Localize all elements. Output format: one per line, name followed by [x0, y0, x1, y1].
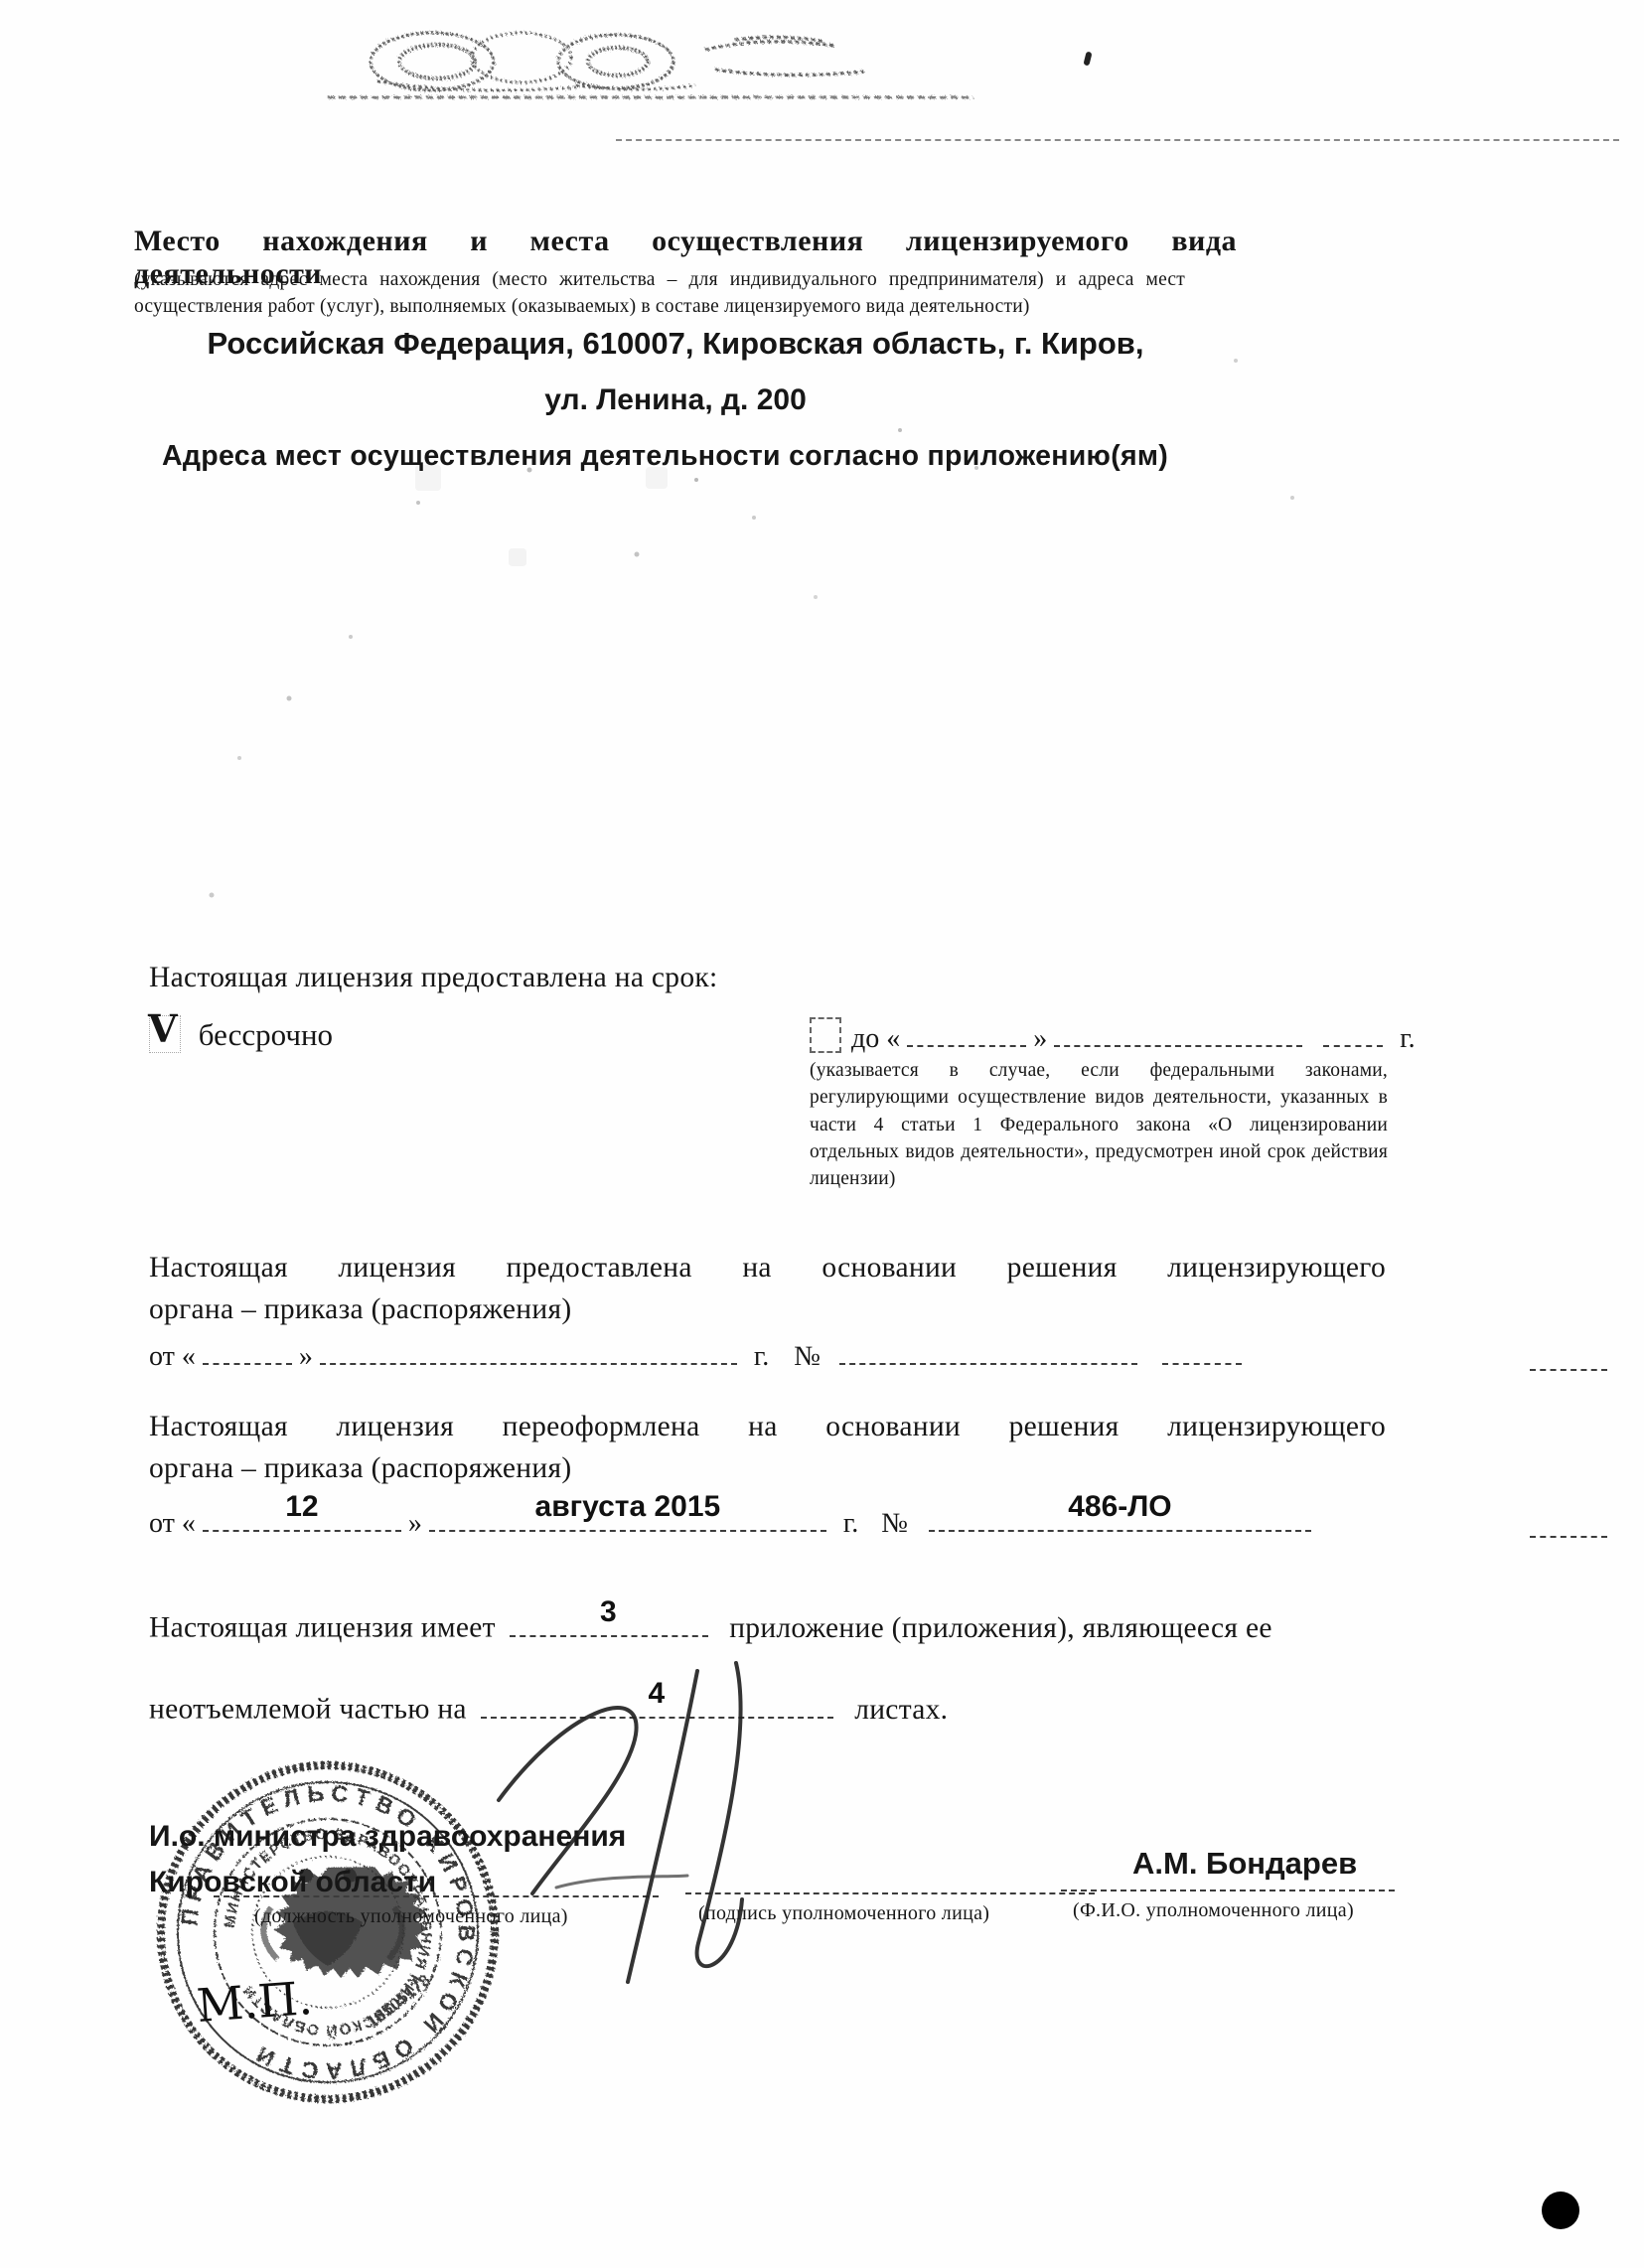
attachments-count: 3	[510, 1605, 708, 1637]
reissued-number-label: №	[881, 1508, 908, 1539]
granted-date-row: от « » г. №	[149, 1335, 1242, 1373]
until-year-suffix: г.	[1400, 1023, 1415, 1054]
name-caption: (Ф.И.О. уполномоченного лица)	[1073, 1899, 1354, 1922]
granted-from-label: от «	[149, 1341, 196, 1372]
granted-day-blank	[203, 1335, 292, 1365]
reissued-from-label: от «	[149, 1508, 196, 1539]
attachments-lead-2: неотъемлемой частью на	[149, 1694, 467, 1726]
reissued-quote: »	[408, 1508, 422, 1539]
address-line-2: ул. Ленина, д. 200	[149, 383, 1202, 417]
license-document-page: Место нахождения и места осуществления л…	[0, 0, 1644, 2268]
empty-checkbox-icon	[810, 1017, 841, 1053]
granted-month-blank	[320, 1335, 737, 1365]
attachments-tail-2: листах.	[854, 1694, 948, 1726]
granted-line-2: органа – приказа (распоряжения)	[149, 1293, 571, 1326]
until-extra-blank	[1323, 1017, 1383, 1047]
address-appendix-line: Адреса мест осуществления деятельности с…	[162, 440, 1168, 473]
scan-speckles	[0, 0, 2, 2]
granted-year-label: г.	[754, 1341, 769, 1372]
reissued-date-row: от « 12 » августа 2015 г. № 486-ЛО	[149, 1502, 1311, 1540]
top-smudge-stamp-artifact	[318, 20, 1003, 109]
term-note: (указывается в случае, если федеральными…	[810, 1057, 1388, 1192]
address-line-1: Российская Федерация, 610007, Кировская …	[149, 326, 1202, 362]
scan-black-dot	[1542, 2192, 1579, 2229]
seal-place-mark: М.П.	[195, 1971, 314, 2033]
term-until-option: до « » г.	[810, 1017, 1416, 1055]
reissued-day-value: 12	[203, 1502, 401, 1532]
reissued-far-right-blank	[1530, 1536, 1607, 1538]
reissued-line-2: органа – приказа (распоряжения)	[149, 1452, 571, 1485]
checked-checkbox-icon: V	[149, 1015, 181, 1053]
term-perpetual-label: бессрочно	[199, 1017, 333, 1052]
scan-streak	[616, 139, 1619, 141]
signer-position-line-2: Кировской области	[149, 1866, 436, 1899]
granted-number-label: №	[794, 1341, 821, 1372]
reissued-month-value: августа 2015	[429, 1502, 826, 1532]
until-day-blank	[907, 1017, 1026, 1047]
until-month-blank	[1054, 1017, 1302, 1047]
section-subtitle-location: (указываются адрес места нахождения (мес…	[134, 266, 1185, 321]
reissued-number-value: 486-ЛО	[929, 1502, 1311, 1532]
granted-number-blank	[839, 1335, 1137, 1365]
name-line	[1061, 1890, 1395, 1891]
granted-line-1: Настоящая лицензия предоставлена на осно…	[149, 1252, 1386, 1285]
term-heading: Настоящая лицензия предоставлена на срок…	[149, 962, 718, 994]
until-prefix: до «	[851, 1023, 900, 1054]
signer-name: А.М. Бондарев	[1132, 1846, 1357, 1882]
reissued-line-1: Настоящая лицензия переоформлена на осно…	[149, 1411, 1386, 1443]
until-quote: »	[1033, 1023, 1047, 1054]
reissued-year-label: г.	[843, 1508, 858, 1539]
granted-quote: »	[299, 1341, 313, 1372]
check-v-mark: V	[148, 1006, 177, 1051]
handwritten-signature	[437, 1639, 834, 2002]
term-perpetual-option: V бессрочно	[149, 1015, 333, 1053]
scan-mark	[1083, 51, 1092, 66]
granted-extra-blank	[1162, 1335, 1242, 1365]
granted-far-right-blank	[1530, 1369, 1607, 1371]
